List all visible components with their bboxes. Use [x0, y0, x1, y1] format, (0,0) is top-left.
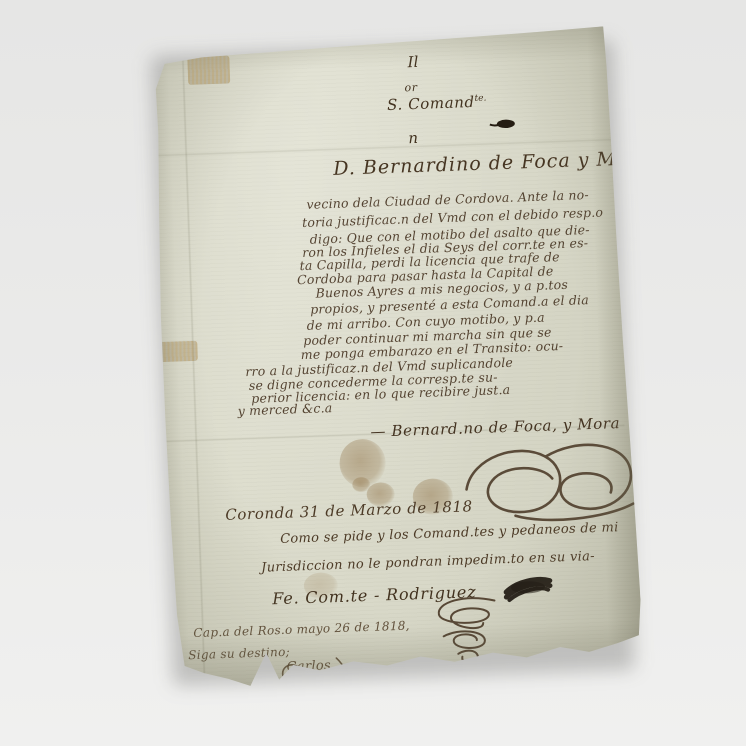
annotation-siga-destino: Siga su destino; — [188, 645, 290, 663]
dateline-coronda: Coronda 31 de Marzo de 1818 — [225, 497, 473, 524]
ink-blob-header — [490, 118, 516, 131]
salutation-line: S. Comandte. — [387, 93, 487, 114]
tape-stain-left-edge — [147, 341, 198, 363]
annotation-capilla-rosario: Cap.a del Ros.o mayo 26 de 1818, — [193, 619, 410, 641]
header-top-mark: Il — [407, 53, 418, 71]
vertical-fold-line — [181, 41, 207, 693]
signature-dash: — — [370, 422, 386, 441]
salutation-superscript-te: te. — [474, 94, 486, 104]
photo-stage: Il or S. Comandte. n D. Bernardino de Fo… — [0, 0, 746, 746]
salutation-superscript-or: or — [404, 81, 418, 94]
decree-line: Jurisdiccion no le pondran impedim.to en… — [261, 549, 595, 576]
body-line: y merced &c.a — [237, 400, 332, 418]
signature-rubric-flourish — [453, 433, 646, 530]
manuscript-paper: Il or S. Comandte. n D. Bernardino de Fo… — [139, 26, 643, 694]
decree-line: Como se pide y los Comand.tes y pedaneos… — [280, 520, 619, 547]
addressee-name-line: D. Bernardino de Foca y Mara — [333, 147, 652, 180]
tape-stain-top-left — [187, 55, 230, 84]
ink-scribble-blot — [502, 572, 555, 604]
salutation-text: S. Comand — [387, 93, 475, 114]
paragraph-mark: n — [408, 129, 418, 147]
